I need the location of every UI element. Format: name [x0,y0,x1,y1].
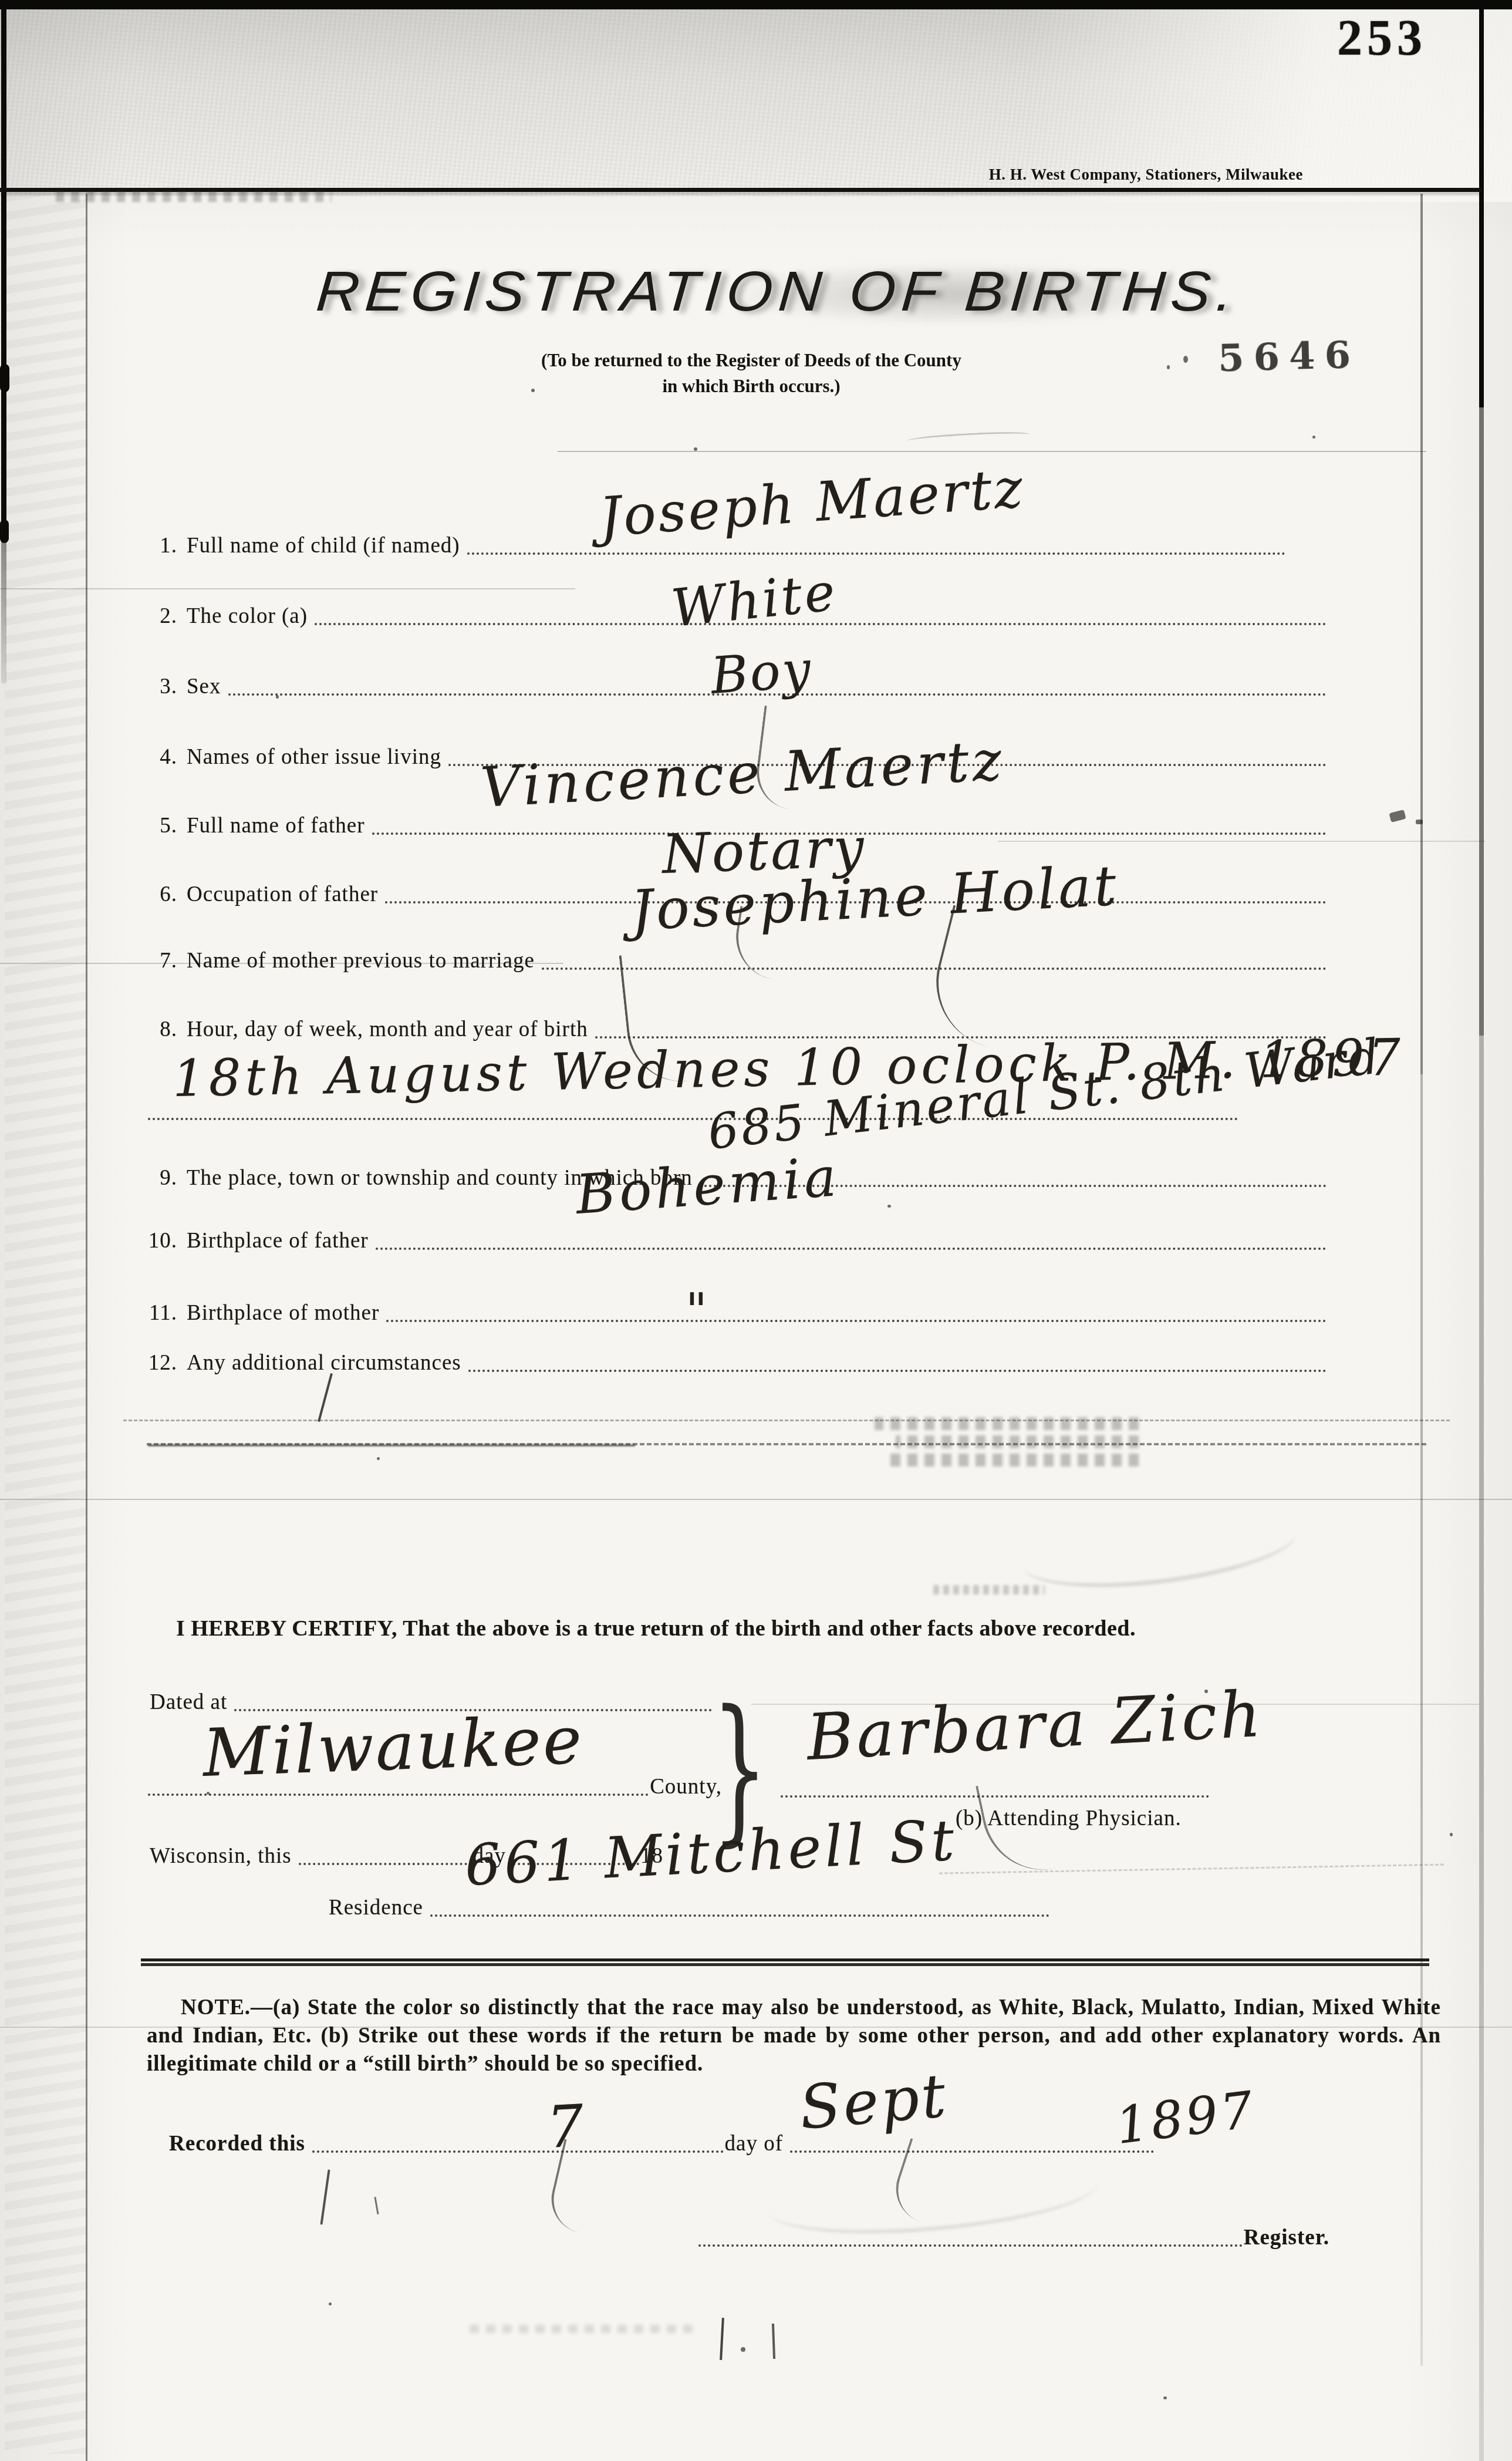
stray-paren-stroke [320,2169,330,2225]
form-subtitle-line1: (To be returned to the Register of Deeds… [376,350,1127,371]
item-label: Birthplace of mother [187,1300,379,1326]
dated-at-label: Dated at [150,1690,227,1715]
stray-stroke-item12 [318,1373,333,1422]
bottom-stroke-1 [720,2318,724,2360]
item-number: 8. [135,1017,177,1043]
item-number: 6. [135,882,177,908]
stamp-stray-mark-1 [1183,356,1188,363]
top-edge-bar [0,0,1512,9]
section-divider-rule [141,1958,1429,1966]
bleedthrough-signature [1018,1498,1301,1600]
paper-speck [377,1457,380,1460]
county-row: County, [148,1774,722,1800]
residence-row: Residence [329,1895,1051,1921]
register-row: Register. [698,2225,1329,2251]
fill-line [376,1242,1327,1250]
item-number: 9. [135,1165,177,1191]
state-this-label: Wisconsin, this [150,1843,292,1869]
bleedthrough-row [875,1417,1139,1430]
item-label: Name of mother previous to marriage [187,948,535,974]
item-number: 12. [135,1350,177,1376]
faint-line-1 [0,588,575,589]
form-row-7: 7. Name of mother previous to marriage [135,948,1328,974]
left-binding-blob-1 [0,364,9,392]
faint-line-5 [0,1499,1512,1500]
item-label: Full name of child (if named) [187,533,460,559]
fill-line [790,2145,1154,2153]
handwriting-mother-birthplace-ditto: " [686,1283,707,1338]
pencil-squiggle [907,430,1030,446]
subtitle-underline-faint [558,451,1426,452]
item-label: Names of other issue living [187,744,441,770]
item-number: 10. [135,1228,177,1254]
item-number: 4. [135,744,177,770]
fill-line [468,1364,1327,1372]
bleedthrough-stamp [875,1412,1139,1472]
form-row-12: 12. Any additional circumstances [135,1350,1328,1376]
recorded-label: Recorded this [169,2131,305,2157]
fill-line [148,1788,649,1796]
scanned-birth-registration-page: 253 H. H. West Company, Stationers, Milw… [0,0,1512,2461]
day-of-label: day of [725,2131,784,2157]
item-label: Any additional circumstances [187,1350,461,1376]
handwriting-residence: 661 Mitchell St [463,1807,959,1899]
left-binding-edge [1,8,6,683]
stray-tick [374,2197,379,2214]
item-number: 1. [135,533,177,559]
faint-line-3 [998,841,1485,842]
bottom-dot [741,2347,745,2352]
handwriting-sex: Boy [709,640,814,706]
certify-statement: I HEREBY CERTIFY, That the above is a tr… [176,1616,1136,1641]
bleedthrough-row [896,1435,1139,1448]
item-number: 7. [135,948,177,974]
bottom-smudge [470,2325,693,2333]
stamp-stray-mark-2 [1167,365,1170,369]
recorded-row: Recorded this day of [169,2131,1155,2157]
faint-line-2 [0,963,563,964]
fill-line [312,2145,724,2153]
paper-speck [1163,2396,1167,2399]
bleedthrough-row [885,1454,1139,1467]
right-margin-mark-b [1416,820,1423,824]
handwriting-physician-signature: Barbara Zich [805,1677,1265,1775]
item-label: Full name of father [187,813,365,839]
item-label: Occupation of father [187,882,378,908]
bleedthrough-caption [933,1585,1045,1594]
bottom-stroke-2 [772,2324,775,2359]
handwriting-father-name: Vincence Maertz [479,729,1006,820]
scan-left-texture [5,194,87,2454]
fill-line [430,1909,1049,1917]
paper-speck [329,2302,332,2305]
printer-credit: H. H. West Company, Stationers, Milwauke… [898,166,1303,184]
form-title: REGISTRATION OF BIRTHS. [271,259,1284,324]
flourish-zich-tail [976,1774,1055,1881]
form-row-10: 10. Birthplace of father [135,1228,1328,1254]
paper-speck [694,447,697,451]
item-number: 5. [135,813,177,839]
right-margin-mark-a [1389,810,1406,822]
paper-speck [1450,1833,1453,1836]
item-number: 2. [135,604,177,629]
right-page-edge [1479,8,1484,2461]
faint-line-7 [939,1863,1444,1874]
item-number: 3. [135,674,177,700]
item-number: 11. [135,1300,177,1326]
faint-line-4 [123,1420,1450,1421]
form-left-rule [86,194,87,2461]
item-label: Birthplace of father [187,1228,369,1254]
left-binding-blob-2 [0,520,9,543]
header-smudge [56,189,332,202]
blank-fill-line-dark [148,1444,635,1447]
item-label: Sex [187,674,221,700]
paper-speck [1312,436,1315,439]
note-paragraph: NOTE.—(a) State the color so distinctly … [147,1994,1441,2078]
fill-line [698,2239,1243,2247]
form-subtitle-line2: in which Birth occurs.) [376,376,1127,397]
handwriting-recorded-month: Sept [797,2061,951,2143]
register-label: Register. [1244,2225,1329,2251]
page-number: 253 [1337,8,1427,67]
paper-speck [207,1792,210,1795]
fill-line [467,547,1285,555]
residence-label: Residence [329,1895,423,1921]
fill-line [386,1314,1327,1322]
certificate-number-stamp: 5646 [1217,333,1361,380]
item-label: Hour, day of week, month and year of bir… [187,1017,588,1043]
paper-speck [887,1205,891,1208]
item-label: The color (a) [187,604,308,629]
paper-speck [276,695,279,699]
handwriting-father-birthplace: Bohemia [574,1145,842,1226]
handwriting-recorded-year: 1897 [1113,2081,1259,2156]
form-row-11: 11. Birthplace of mother [135,1300,1328,1326]
fill-line [299,1857,472,1865]
paper-speck [531,389,535,392]
paper-speck [1204,1690,1208,1693]
